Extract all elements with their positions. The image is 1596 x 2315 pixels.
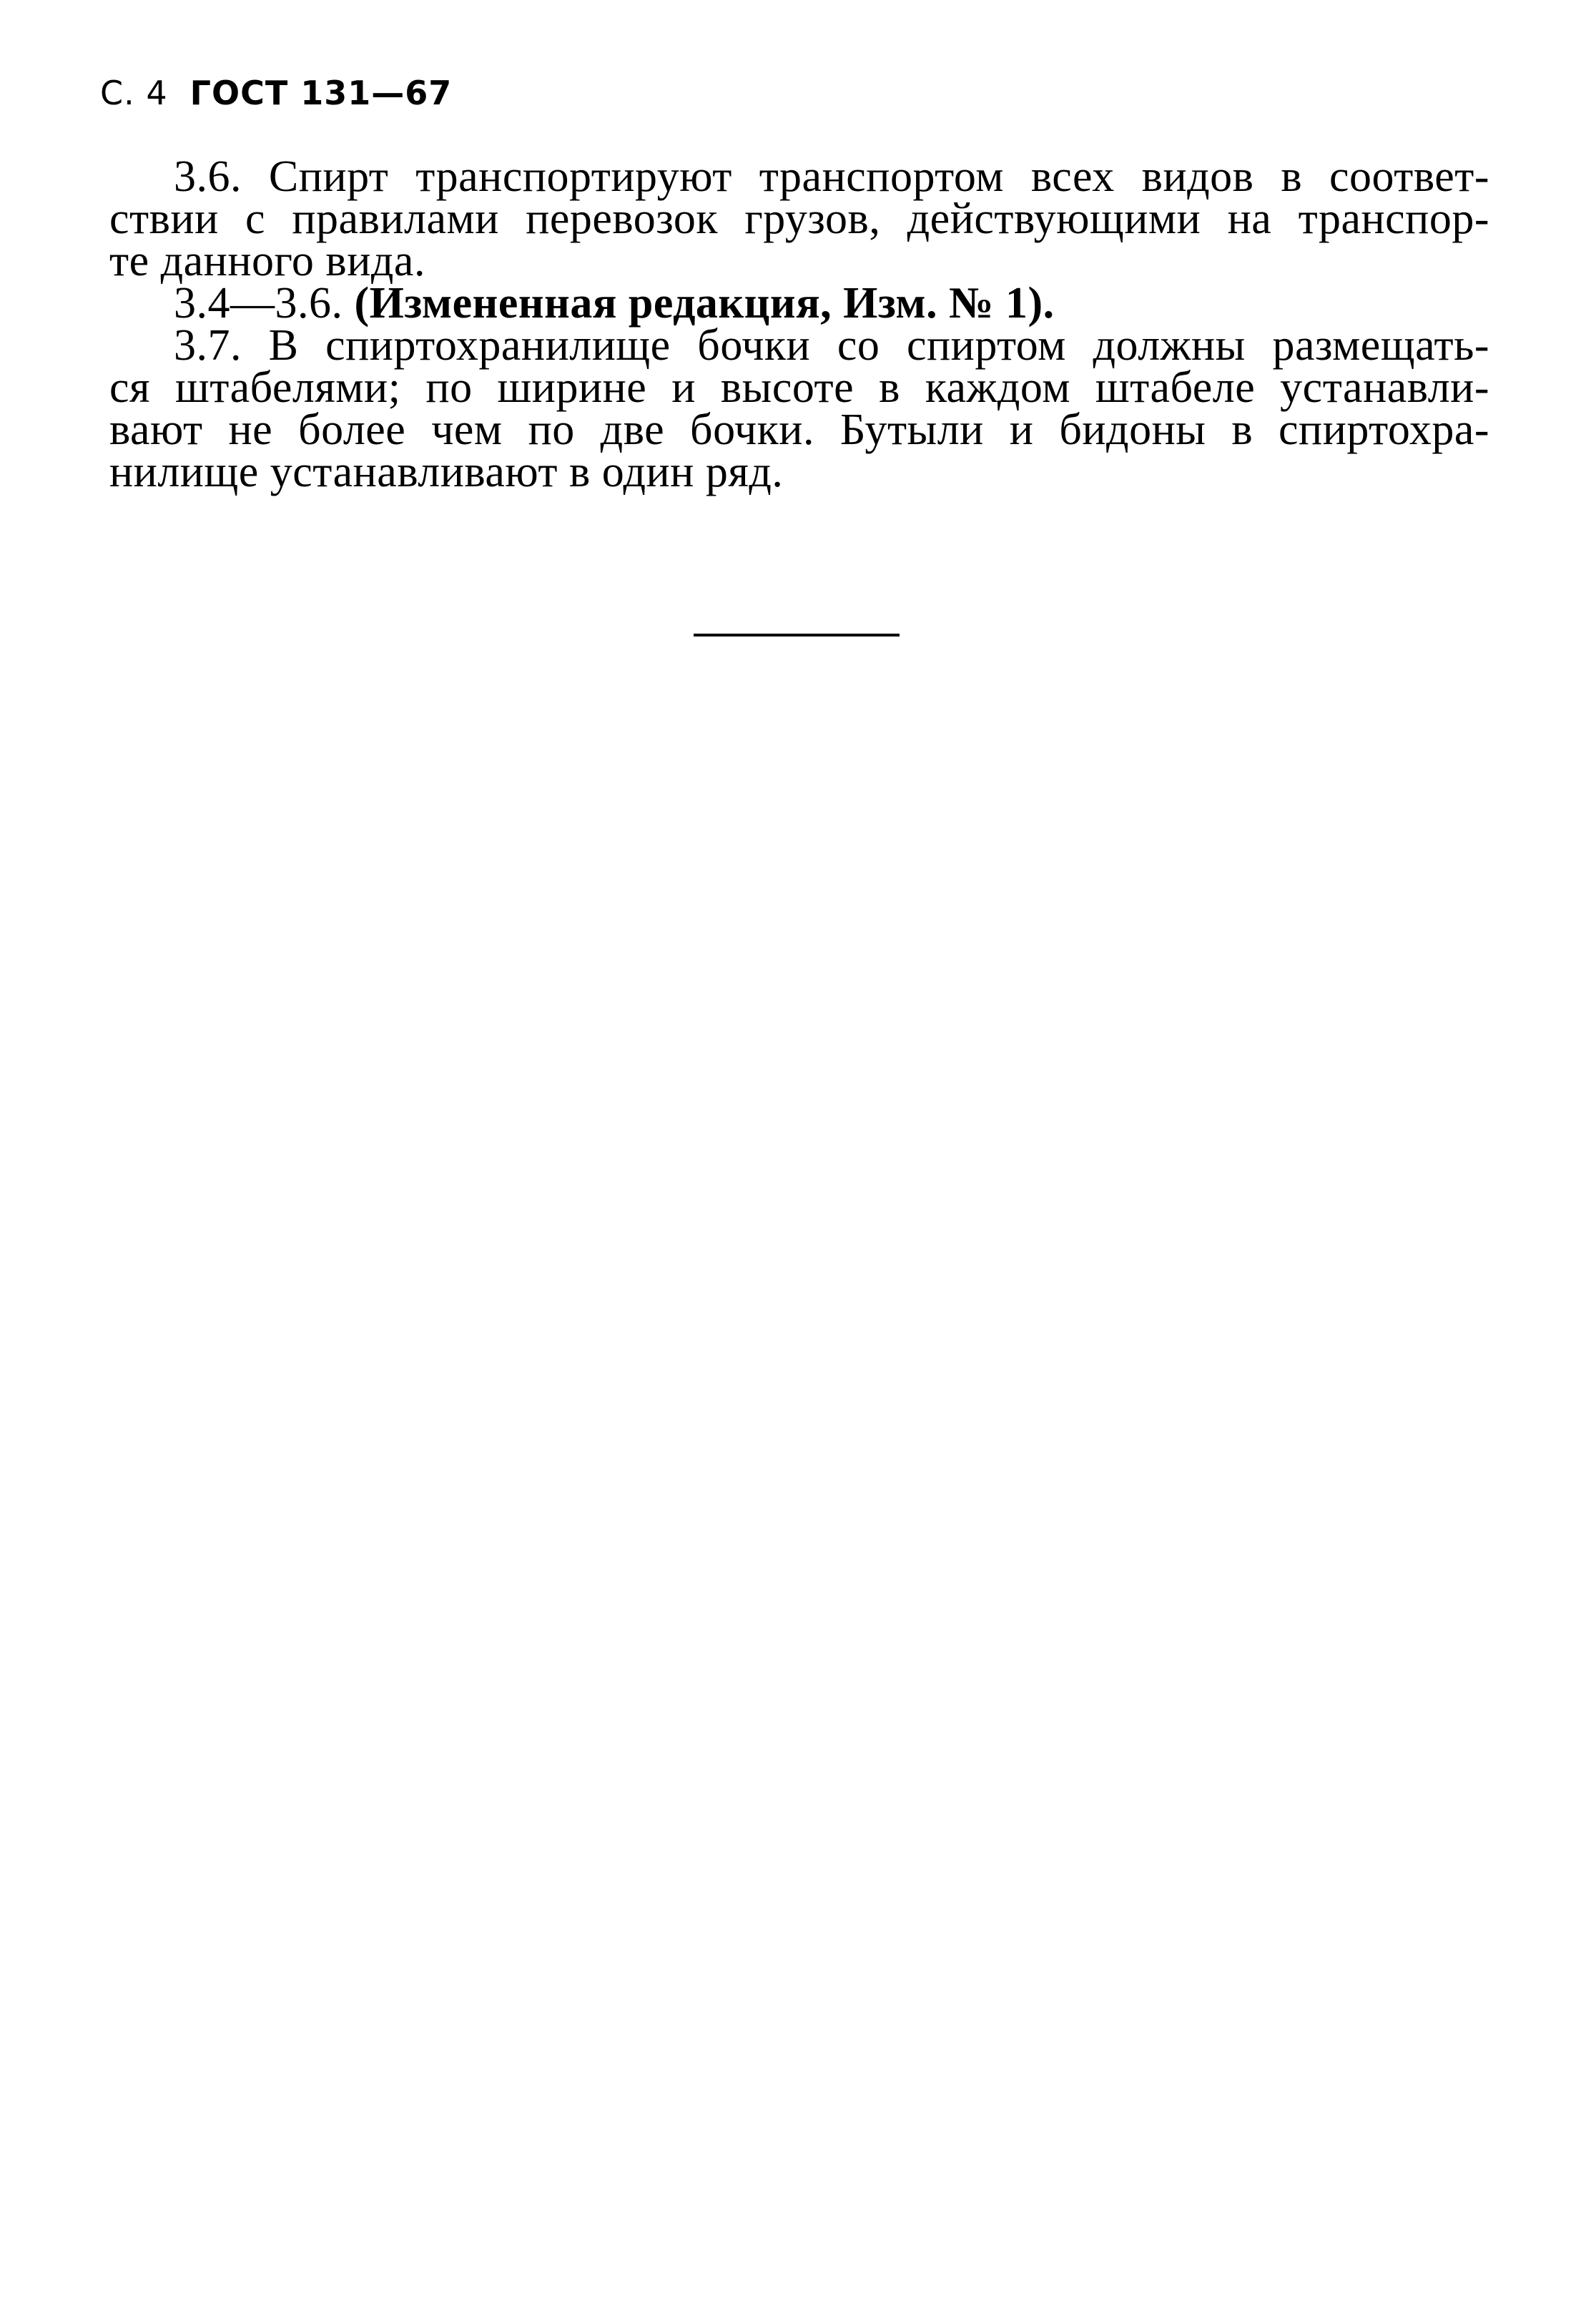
paragraph-line: ся штабелями; по ширине и высоте в каждо… xyxy=(109,367,1489,409)
section-3-7: 3.7. В спиртохранилище бочки со спиртом … xyxy=(109,325,1489,493)
page-number: С. 4 xyxy=(100,74,168,112)
standard-title: ГОСТ 131—67 xyxy=(190,74,453,112)
amendment-line: 3.4—3.6. (Измененная редакция, Изм. № 1)… xyxy=(109,282,1489,325)
amendment-note: 3.4—3.6. (Измененная редакция, Изм. № 1)… xyxy=(109,282,1489,325)
end-divider xyxy=(694,634,900,636)
page-header: С. 4 ГОСТ 131—67 xyxy=(100,72,452,114)
paragraph-line: нилище устанавливают в один ряд. xyxy=(109,451,1489,493)
paragraph-line: ствии с правилами перевозок грузов, дейс… xyxy=(109,198,1489,240)
section-3-6: 3.6. Спирт транспортируют транспортом вс… xyxy=(109,156,1489,282)
amendment-text: (Измененная редакция, Изм. № 1). xyxy=(355,279,1055,328)
paragraph-line: 3.7. В спиртохранилище бочки со спиртом … xyxy=(109,325,1489,367)
paragraph-line: вают не более чем по две бочки. Бутыли и… xyxy=(109,409,1489,451)
paragraph-line: 3.6. Спирт транспортируют транспортом вс… xyxy=(109,156,1489,198)
document-body: 3.6. Спирт транспортируют транспортом вс… xyxy=(109,156,1489,493)
amendment-number: 3.4—3.6. xyxy=(174,279,343,328)
paragraph-line: те данного вида. xyxy=(109,240,1489,282)
